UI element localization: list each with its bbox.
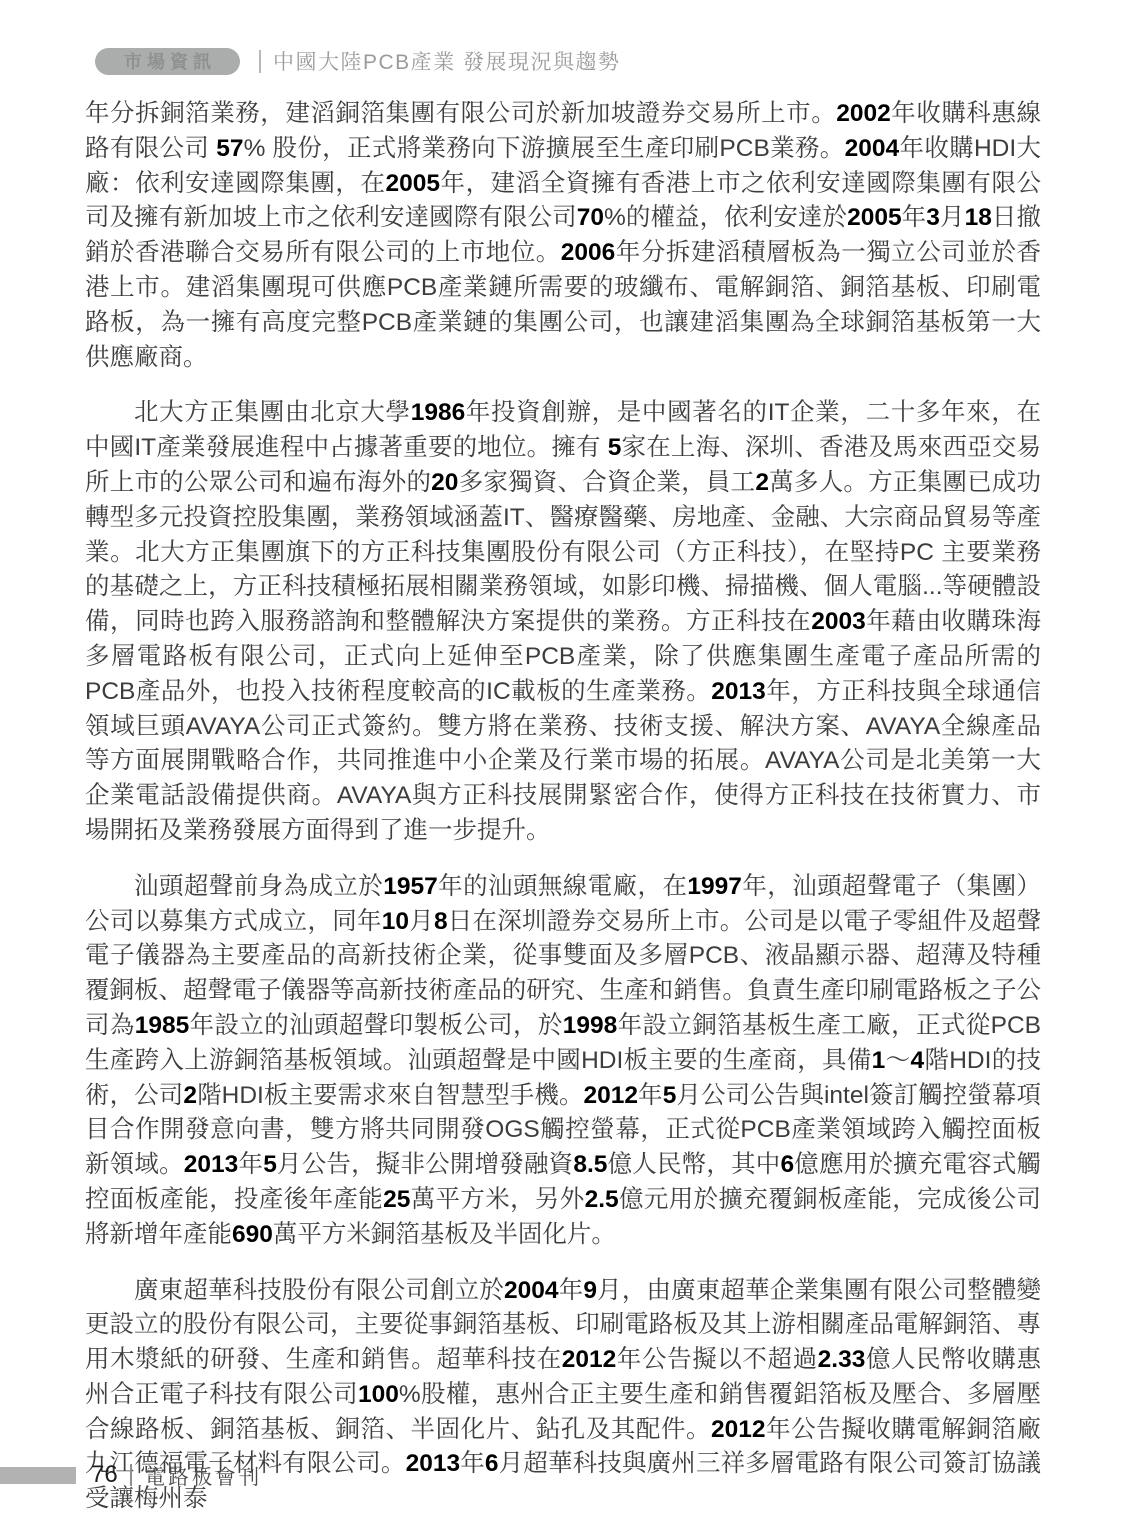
article-body: 年分拆銅箔業務，建滔銅箔集團有限公司於新加坡證券交易所上市。2002年收購科惠線… bbox=[85, 97, 1041, 1517]
page-number: 76 bbox=[91, 1461, 118, 1489]
paragraph-peking-founder: 北大方正集團由北京大學1986年投資創辦，是中國著名的IT企業，二十多年來，在中… bbox=[85, 396, 1041, 848]
paragraph-kingboard-continued: 年分拆銅箔業務，建滔銅箔集團有限公司於新加坡證券交易所上市。2002年收購科惠線… bbox=[85, 97, 1041, 375]
page-header: 市場資訊 中國大陸PCB產業 發展現況與趨勢 bbox=[95, 46, 621, 76]
header-divider bbox=[259, 50, 261, 73]
page-title: 中國大陸PCB產業 發展現況與趨勢 bbox=[273, 46, 621, 76]
footer-divider bbox=[130, 1464, 132, 1486]
section-badge: 市場資訊 bbox=[95, 48, 240, 75]
footer-accent-bar bbox=[0, 1467, 76, 1484]
journal-title: 電路板會刊 bbox=[145, 1460, 263, 1490]
paragraph-shantou-goworld: 汕頭超聲前身為成立於1957年的汕頭無線電廠，在1997年，汕頭超聲電子（集團）… bbox=[85, 870, 1041, 1253]
page-footer: 76 電路板會刊 bbox=[0, 1461, 262, 1489]
document-page: 市場資訊 中國大陸PCB產業 發展現況與趨勢 年分拆銅箔業務，建滔銅箔集團有限公… bbox=[0, 0, 1123, 1536]
